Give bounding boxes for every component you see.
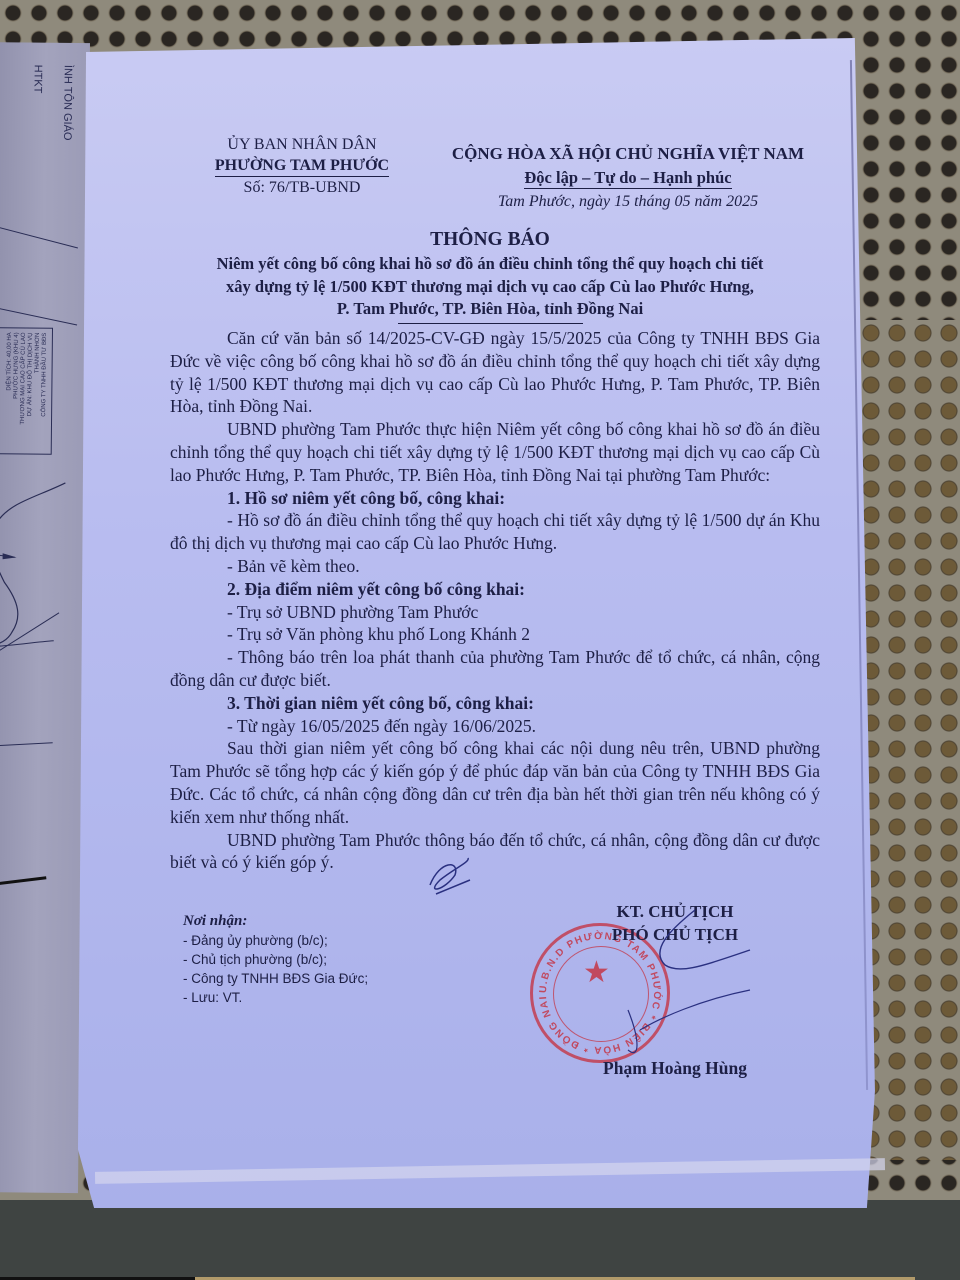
issuing-agency-block: ỦY BAN NHÂN DÂN PHƯỜNG TAM PHƯỚC Số: 76/… bbox=[182, 134, 422, 198]
section-item: - Trụ sở UBND phường Tam Phước bbox=[170, 601, 820, 624]
section-item: - Trụ sở Văn phòng khu phố Long Khánh 2 bbox=[170, 623, 820, 646]
on-behalf-label: KT. CHỦ TỊCH bbox=[560, 900, 790, 923]
subtitle-line: P. Tam Phước, TP. Biên Hòa, tỉnh Đồng Na… bbox=[160, 298, 820, 321]
recipient-item: - Lưu: VT. bbox=[183, 988, 368, 1007]
planning-drawing-sheet: HTKT ÌNH TÔN GIÁO CÔNG TY TNHH ĐẦU TƯ BĐ… bbox=[0, 42, 90, 1193]
section-heading-period: 3. Thời gian niêm yết công bố, công khai… bbox=[170, 692, 820, 715]
national-motto: Độc lập – Tự do – Hạnh phúc bbox=[524, 168, 731, 189]
section-item: - Hồ sơ đồ án điều chỉnh tổng thể quy ho… bbox=[170, 509, 820, 555]
signer-position: PHÓ CHỦ TỊCH bbox=[560, 923, 790, 946]
recipient-item: - Đảng ủy phường (b/c); bbox=[183, 931, 368, 950]
ward-name: PHƯỜNG TAM PHƯỚC bbox=[182, 155, 422, 177]
document-subtitle: Niêm yết công bố công khai hồ sơ đồ án đ… bbox=[160, 253, 820, 324]
subtitle-underline bbox=[398, 323, 583, 324]
recipient-item: - Công ty TNHH BĐS Gia Đức; bbox=[183, 969, 368, 988]
section-heading-locations: 2. Địa điểm niêm yết công bố công khai: bbox=[170, 578, 820, 601]
section-heading-documents: 1. Hồ sơ niêm yết công bố, công khai: bbox=[170, 487, 820, 510]
agency-name: ỦY BAN NHÂN DÂN bbox=[182, 134, 422, 155]
body-paragraph-closing: UBND phường Tam Phước thông báo đến tổ c… bbox=[170, 829, 820, 875]
drawing-lines bbox=[0, 42, 90, 1193]
place-date: Tam Phước, ngày 15 tháng 05 năm 2025 bbox=[418, 190, 838, 214]
body-paragraph-action: UBND phường Tam Phước thực hiện Niêm yết… bbox=[170, 418, 820, 486]
drawing-label-htkt: HTKT bbox=[31, 65, 43, 94]
section-item: - Thông báo trên loa phát thanh của phườ… bbox=[170, 646, 820, 692]
section-item: - Từ ngày 16/05/2025 đến ngày 16/06/2025… bbox=[170, 715, 820, 738]
title-block-line: PHƯỚC HƯNG (KHU 4) bbox=[13, 332, 21, 398]
floor-shadow bbox=[0, 1200, 960, 1280]
national-header-block: CỘNG HÒA XÃ HỘI CHỦ NGHĨA VIỆT NAM Độc l… bbox=[418, 142, 838, 214]
title-block-line: DIỆN TÍCH: 40,00 HA bbox=[6, 332, 14, 390]
notice-body: Căn cứ văn bản số 14/2025-CV-GĐ ngày 15/… bbox=[170, 327, 820, 874]
recipient-item: - Chủ tịch phường (b/c); bbox=[183, 950, 368, 969]
ward-name-text: PHƯỜNG TAM PHƯỚC bbox=[215, 155, 389, 177]
drawing-label-ton-giao: ÌNH TÔN GIÁO bbox=[61, 65, 74, 141]
document-title: THÔNG BÁO bbox=[180, 228, 800, 251]
signer-name: Phạm Hoàng Hùng bbox=[560, 1058, 790, 1079]
country-name: CỘNG HÒA XÃ HỘI CHỦ NGHĨA VIỆT NAM bbox=[418, 142, 838, 166]
title-block-line: CÔNG TY TNHH ĐẦU TƯ BĐS bbox=[41, 333, 49, 417]
recipients-block: Nơi nhận: - Đảng ủy phường (b/c); - Chủ … bbox=[183, 912, 368, 1007]
subtitle-line: xây dựng tỷ lệ 1/500 KĐT thương mại dịch… bbox=[160, 276, 820, 299]
title-block-line: THÀNH NHƠN bbox=[35, 333, 43, 374]
drawing-title-block: CÔNG TY TNHH ĐẦU TƯ BĐS THÀNH NHƠN DỰ ÁN… bbox=[0, 327, 53, 455]
emblem-star-icon: ★ bbox=[583, 958, 610, 988]
body-paragraph-after: Sau thời gian niêm yết công bố công khai… bbox=[170, 737, 820, 828]
signature-title-block: KT. CHỦ TỊCH PHÓ CHỦ TỊCH bbox=[560, 900, 790, 946]
recipients-label: Nơi nhận: bbox=[183, 912, 368, 931]
document-number: Số: 76/TB-UBND bbox=[182, 177, 422, 198]
subtitle-line: Niêm yết công bố công khai hồ sơ đồ án đ… bbox=[160, 253, 820, 276]
section-item: - Bản vẽ kèm theo. bbox=[170, 555, 820, 578]
body-paragraph-basis: Căn cứ văn bản số 14/2025-CV-GĐ ngày 15/… bbox=[170, 327, 820, 418]
